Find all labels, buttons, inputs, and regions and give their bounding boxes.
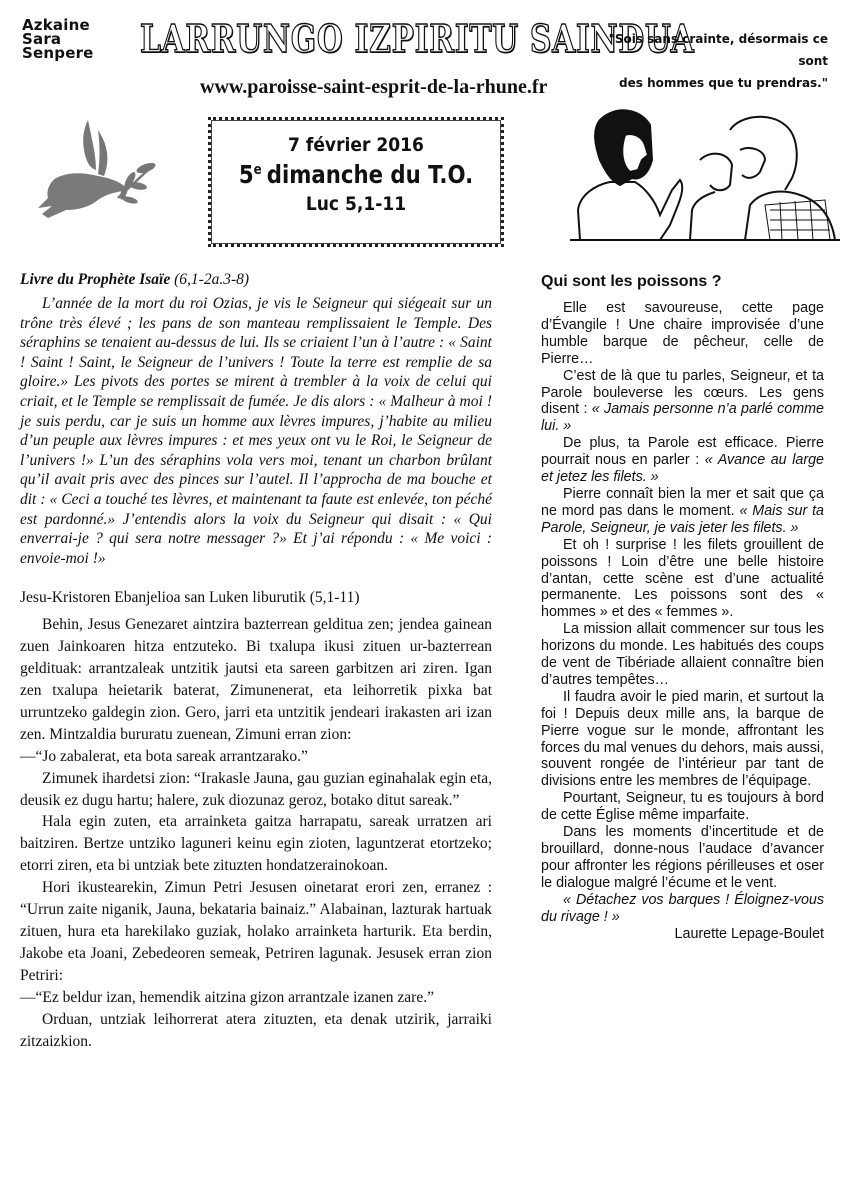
sunday-number: 5 [239,160,254,189]
commentary-paragraph: Pourtant, Seigneur, tu es toujours à bor… [541,790,824,824]
gospel-reference: Luc 5,1-11 [226,193,487,215]
first-reading-title: Livre du Prophète Isaïe [20,271,170,288]
gospel-dialog: —“Jo zabalerat, eta bota sareak arrantza… [20,746,492,768]
commentary-paragraph: Pierre connaît bien la mer et sait que ç… [541,486,824,537]
motto-line: des hommes que tu prendras." [578,72,828,94]
gospel-dialog: —“Ez beldur izan, hemendik aitzina gizon… [20,987,492,1009]
parish-names: Azkaine Sara Senpere [22,18,94,60]
commentary-paragraph: C’est de là que tu parles, Seigneur, et … [541,368,824,436]
commentary-paragraph: Elle est savoureuse, cette page d’Évangi… [541,300,824,368]
website-url: www.paroisse-saint-esprit-de-la-rhune.fr [200,76,547,99]
commentary-paragraph: De plus, ta Parole est efficace. Pierre … [541,435,824,486]
motto-quote: "Sois sans crainte, désormais ce sont de… [578,28,828,94]
gospel-paragraph: Zimunek ihardetsi zion: “Irakasle Jauna,… [20,768,492,812]
dove-icon [18,110,158,230]
first-reading-ref: (6,1-2a.3-8) [174,271,249,288]
jesus-fishermen-illustration [560,100,845,250]
left-column: Livre du Prophète Isaïe (6,1-2a.3-8) L’a… [20,270,492,1052]
closing-quote: « Détachez vos barques ! Éloignez-vous d… [541,892,824,926]
gospel-paragraph: Hala egin zuten, eta arrainketa gaitza h… [20,811,492,877]
sunday-date: 7 février 2016 [226,134,487,156]
gospel-paragraph: Behin, Jesus Genezaret aintzira bazterre… [20,614,492,745]
date-box: 7 février 2016 5edimanche du T.O. Luc 5,… [208,117,504,247]
author-name: Laurette Lepage-Boulet [541,926,824,943]
sunday-ordinal: e [254,162,262,178]
first-reading-text: L’année de la mort du roi Ozias, je vis … [20,294,492,568]
sunday-name: dimanche du T.O. [267,160,473,189]
commentary-paragraph: Et oh ! surprise ! les filets grouillent… [541,537,824,622]
motto-line: "Sois sans crainte, désormais ce sont [578,28,828,72]
commentary-paragraph: La mission allait commencer sur tous les… [541,621,824,689]
commentary-paragraph: Dans les moments d’incertitude et de bro… [541,824,824,892]
gospel-text: Behin, Jesus Genezaret aintzira bazterre… [20,614,492,1052]
gospel-paragraph: Orduan, untziak leihorrerat atera zituzt… [20,1009,492,1053]
sunday-label: 5edimanche du T.O. [233,160,480,189]
quote-text: « Détachez vos barques ! Éloignez-vous d… [541,892,824,925]
commentary-title: Qui sont les poissons ? [541,272,824,292]
first-reading-heading: Livre du Prophète Isaïe (6,1-2a.3-8) [20,270,492,290]
commentary-paragraph: Il faudra avoir le pied marin, et surtou… [541,689,824,790]
gospel-title: Jesu-Kristoren Ebanjelioa san Luken libu… [20,588,492,608]
parish-name: Senpere [22,46,94,60]
gospel-paragraph: Hori ikustearekin, Zimun Petri Jesusen o… [20,877,492,987]
commentary-column: Qui sont les poissons ? Elle est savoure… [541,272,824,942]
masthead-title: LARRUNGO IZPIRITU SAINDUA [140,14,491,64]
